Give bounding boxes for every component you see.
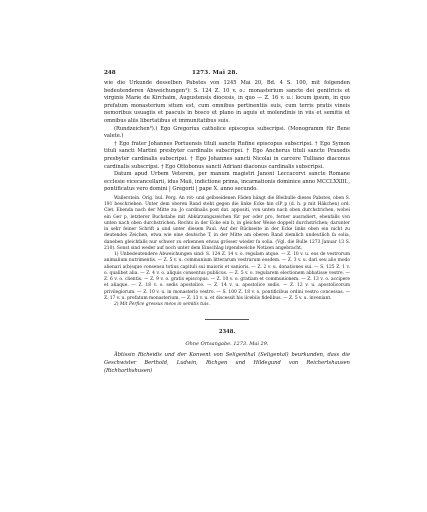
running-header: 248 1273. Mai 28.: [104, 70, 350, 80]
footnote-1: 1) Unbedeutendere Abweichungen sind: S. …: [104, 252, 350, 302]
apparatus-notes: Wallerstein. Orig. bul. Perg. An rot- un…: [104, 196, 350, 309]
page-number: 248: [104, 70, 116, 76]
charter-paragraph-datum: Datum apud Urbem Veterem, per manum magi…: [104, 171, 350, 194]
archive-description: Wallerstein. Orig. bul. Perg. An rot- un…: [104, 196, 350, 252]
footnote-2: 2) Mit Perfice gressus meos in semitis t…: [104, 302, 350, 308]
charter-paragraph-cardinal-signatures: † Ego frater Johannes Portuensis tituli …: [104, 141, 350, 171]
charter-text: wie die Urkunde desselben Pabstes von 12…: [104, 80, 350, 194]
entry-place-date: Ohne Ortsangabe. 1273. Mai 29.: [104, 341, 350, 347]
entry-number: 2348.: [104, 329, 350, 335]
entry-regest: Äbtissin Richeidis und der Konvent von S…: [104, 352, 350, 375]
charter-paragraph-intro: wie die Urkunde desselben Pabstes von 12…: [104, 80, 350, 126]
running-date: 1273. Mai 28.: [192, 70, 238, 76]
section-divider: [205, 319, 249, 320]
regest-text: Äbtissin Richeidis und der Konvent von S…: [104, 352, 350, 375]
book-page: 248 1273. Mai 28. wie die Urkunde dessel…: [104, 70, 350, 375]
charter-paragraph-pope-signature: (Rundzeichen²).) Ego Gregorius catholice…: [104, 126, 350, 141]
